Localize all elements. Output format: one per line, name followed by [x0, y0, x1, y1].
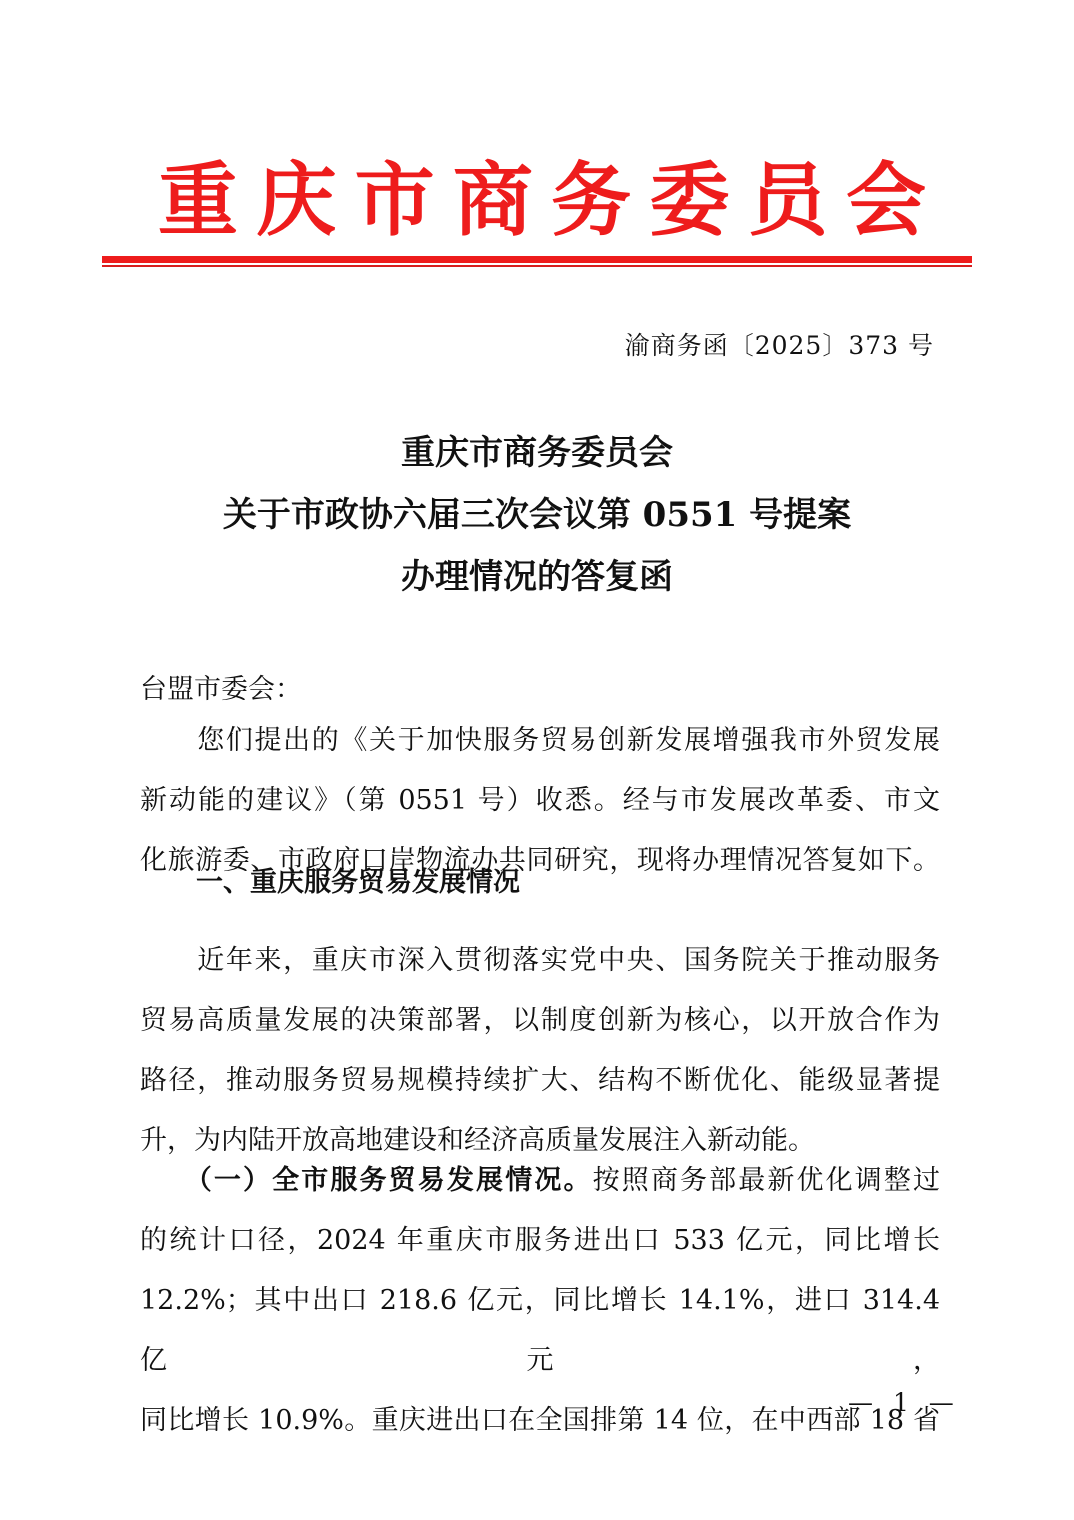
text-fragment: 按照商务部最新优化调整过	[593, 1165, 940, 1196]
text-line: 近年来，重庆市深入贯彻落实党中央、国务院关于推动服务	[140, 931, 940, 991]
text-line: 您们提出的《关于加快服务贸易创新发展增强我市外贸发展	[140, 711, 940, 771]
text-line: 同比增长 10.9%。重庆进出口在全国排第 14 位，在中西部 18 省	[140, 1391, 940, 1451]
page-number: — 1 —	[848, 1388, 960, 1417]
masthead-rule-thick	[102, 256, 972, 263]
text-line: （一）全市服务贸易发展情况。按照商务部最新优化调整过	[140, 1151, 940, 1211]
masthead-title: 重 庆 市 商 务 委 员 会	[100, 150, 976, 250]
text-line: 12.2%；其中出口 218.6 亿元，同比增长 14.1%，进口 314.4 …	[140, 1271, 940, 1391]
text-line: 新动能的建议》（第 0551 号）收悉。经与市发展改革委、市文	[140, 771, 940, 831]
text-line: 的统计口径，2024 年重庆市服务进出口 533 亿元，同比增长	[140, 1211, 940, 1271]
document-number: 渝商务函〔2025〕373 号	[625, 326, 934, 362]
masthead-char: 员	[748, 160, 828, 240]
section-paragraph: 近年来，重庆市深入贯彻落实党中央、国务院关于推动服务 贸易高质量发展的决策部署，…	[140, 931, 940, 1171]
masthead-rule-thin	[102, 265, 972, 267]
masthead-char: 商	[453, 160, 533, 240]
subsection-paragraph: （一）全市服务贸易发展情况。按照商务部最新优化调整过 的统计口径，2024 年重…	[140, 1151, 940, 1451]
text-line: 贸易高质量发展的决策部署，以制度创新为核心，以开放合作为	[140, 991, 940, 1051]
subsection-lead: （一）全市服务贸易发展情况。	[198, 1165, 592, 1196]
masthead-char: 务	[551, 160, 631, 240]
masthead-char: 市	[355, 160, 435, 240]
text-line: 路径，推动服务贸易规模持续扩大、结构不断优化、能级显著提	[140, 1051, 940, 1111]
document-title-line-1: 重庆市商务委员会	[0, 436, 1074, 470]
document-title-line-2: 关于市政协六届三次会议第 0551 号提案	[0, 498, 1074, 532]
masthead-char: 委	[649, 160, 729, 240]
section-heading: 一、重庆服务贸易发展情况	[196, 853, 520, 913]
document-title-line-3: 办理情况的答复函	[0, 560, 1074, 594]
masthead-char: 重	[158, 160, 238, 240]
masthead-char: 庆	[256, 160, 336, 240]
masthead-char: 会	[846, 160, 926, 240]
